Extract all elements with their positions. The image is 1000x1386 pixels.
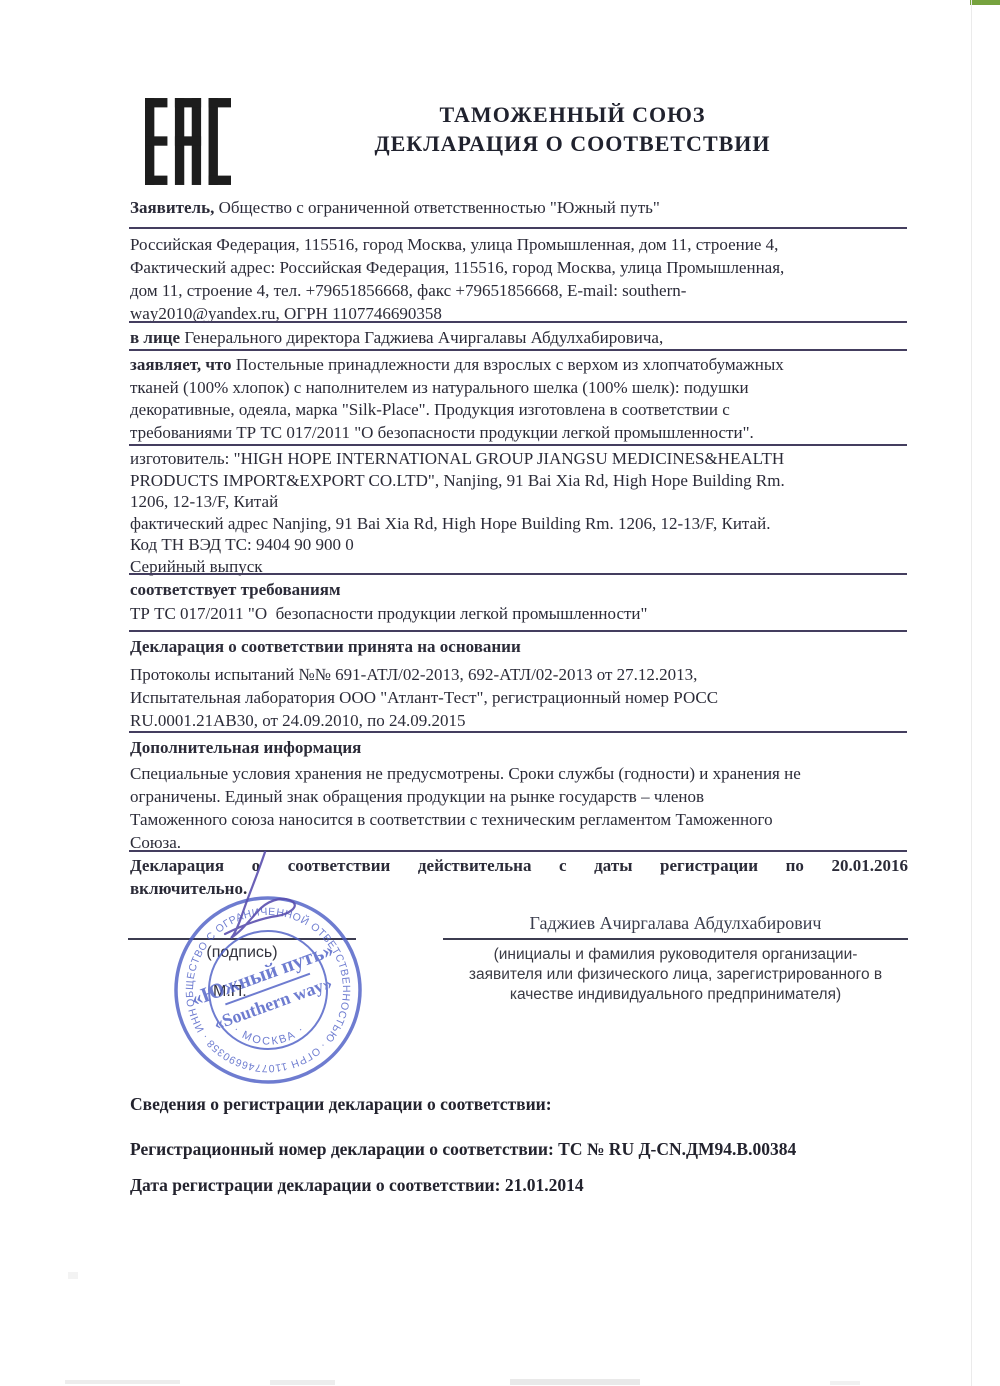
title-line-2: ДЕКЛАРАЦИЯ О СООТВЕТСТВИИ [300, 129, 845, 158]
caption-line: качестве индивидуального предпринимателя… [443, 985, 908, 1005]
conformity-text: ТР ТС 017/2011 "О безопасности продукции… [130, 602, 910, 625]
divider [129, 227, 907, 229]
address-line: Фактический адрес: Российская Федерация,… [130, 256, 920, 279]
handwritten-signature [205, 846, 325, 948]
in-person-label: в лице [130, 328, 180, 347]
declares-line: декоративные, одеяла, марка "Silk-Place"… [130, 399, 920, 422]
signature-caption-right: (инициалы и фамилия руководителя организ… [443, 945, 908, 1005]
declares-line: тканей (100% хлопок) с наполнителем из н… [130, 377, 920, 400]
page-title: ТАМОЖЕННЫЙ СОЮЗ ДЕКЛАРАЦИЯ О СООТВЕТСТВИ… [300, 100, 845, 158]
registration-date: Дата регистрации декларации о соответств… [130, 1175, 910, 1196]
additional-info-heading: Дополнительная информация [130, 736, 910, 759]
scan-smudge [830, 1381, 860, 1385]
tn-ved-code: Код ТН ВЭД ТС: 9404 90 900 0 [130, 534, 920, 556]
declaration-document: { "header": { "logo": "EAC", "title_line… [0, 0, 1000, 1386]
scan-edge-line [971, 0, 972, 1386]
manufacturer-line: фактический адрес Nanjing, 91 Bai Xia Rd… [130, 513, 920, 535]
scan-smudge [68, 1272, 78, 1279]
scan-smudge [270, 1380, 335, 1385]
additional-line: Специальные условия хранения не предусмо… [130, 762, 920, 785]
declares-line: требованиями ТР ТС 017/2011 "О безопасно… [130, 422, 920, 445]
divider [129, 573, 907, 575]
divider [129, 630, 907, 632]
in-person-value: Генерального директора Гаджиева Ачиргала… [184, 328, 663, 347]
basis-line: Испытательная лаборатория ООО "Атлант-Те… [130, 686, 920, 709]
basis-line: RU.0001.21АВ30, от 24.09.2010, по 24.09.… [130, 709, 920, 732]
scan-smudge [510, 1379, 640, 1385]
eac-logo-icon [145, 95, 231, 188]
applicant-row: Заявитель, Общество с ограниченной ответ… [130, 196, 910, 219]
address-line: дом 11, строение 4, тел. +79651856668, ф… [130, 279, 920, 302]
signatory-name: Гаджиев Ачиргалава Абдулхабирович [443, 913, 908, 934]
basis-text: Протоколы испытаний №№ 691-АТЛ/02-2013, … [130, 663, 920, 732]
declares-label: заявляет, что [130, 355, 232, 374]
manufacturer-info: изготовитель: "HIGH HOPE INTERNATIONAL G… [130, 448, 920, 577]
signature-line-right [443, 938, 908, 940]
caption-line: заявителя или физического лица, зарегист… [443, 965, 908, 985]
declaration-statement: заявляет, что Постельные принадлежности … [130, 354, 920, 444]
manufacturer-line: 1206, 12-13/F, Китай [130, 491, 920, 513]
manufacturer-line: PRODUCTS IMPORT&EXPORT CO.LTD", Nanjing,… [130, 470, 920, 492]
applicant-value: Общество с ограниченной ответственностью… [219, 198, 660, 217]
additional-line: ограничены. Единый знак обращения продук… [130, 785, 920, 808]
in-person-row: в лице Генерального директора Гаджиева А… [130, 326, 910, 349]
scan-corner-mark [970, 0, 1000, 5]
applicant-label: Заявитель, [130, 198, 214, 217]
scan-smudge [65, 1380, 180, 1384]
basis-line: Протоколы испытаний №№ 691-АТЛ/02-2013, … [130, 663, 920, 686]
conformity-heading: соответствует требованиям [130, 578, 910, 601]
address-line: Российская Федерация, 115516, город Моск… [130, 233, 920, 256]
basis-heading: Декларация о соответствии принята на осн… [130, 635, 910, 658]
caption-line: (инициалы и фамилия руководителя организ… [443, 945, 908, 965]
manufacturer-line: изготовитель: "HIGH HOPE INTERNATIONAL G… [130, 448, 920, 470]
divider [129, 731, 907, 733]
divider [129, 444, 907, 446]
declares-line: Постельные принадлежности для взрослых с… [236, 355, 784, 374]
title-line-1: ТАМОЖЕННЫЙ СОЮЗ [300, 100, 845, 129]
divider [129, 321, 907, 323]
additional-info-text: Специальные условия хранения не предусмо… [130, 762, 920, 854]
applicant-address: Российская Федерация, 115516, город Моск… [130, 233, 920, 325]
registration-number: Регистрационный номер декларации о соотв… [130, 1139, 930, 1160]
divider [129, 349, 907, 351]
additional-line: Таможенного союза наносится в соответств… [130, 808, 920, 831]
